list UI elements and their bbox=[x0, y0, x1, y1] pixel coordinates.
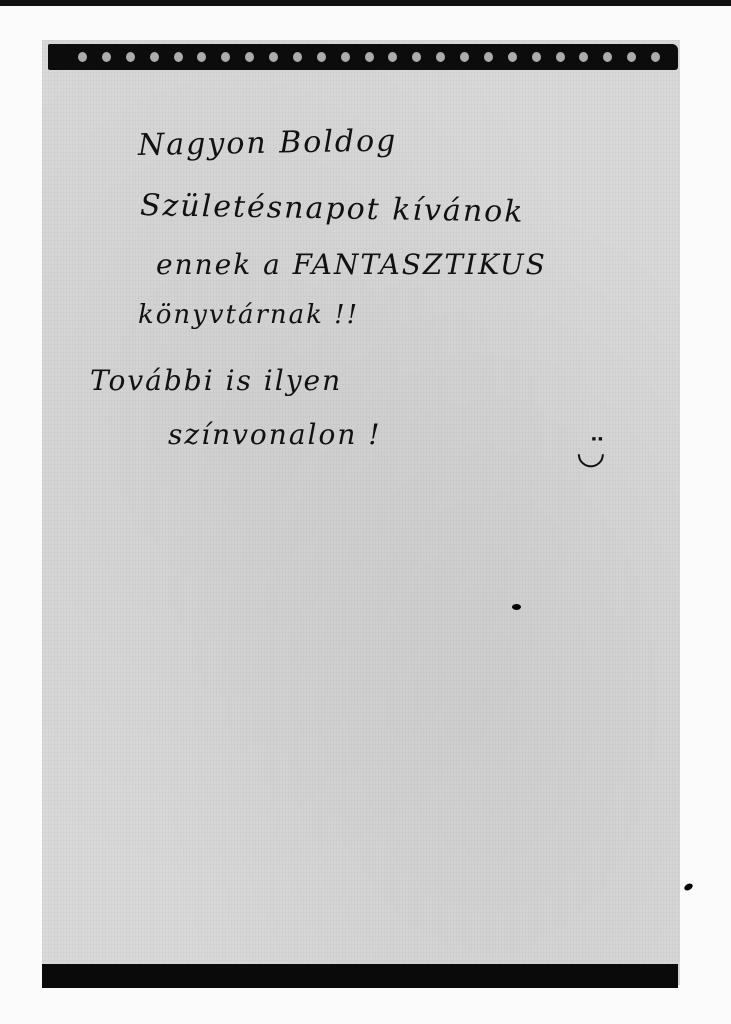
binding-hole bbox=[388, 52, 397, 62]
notepad-page bbox=[42, 40, 680, 985]
handwritten-line: színvonalon ! bbox=[168, 418, 382, 451]
binding-hole bbox=[603, 52, 612, 62]
binding-hole bbox=[436, 52, 445, 62]
binding-hole bbox=[365, 52, 374, 62]
handwritten-line: Nagyon Boldog bbox=[138, 123, 398, 163]
binding-hole bbox=[78, 52, 87, 62]
binding-hole bbox=[412, 52, 421, 62]
notepad-bottom-edge bbox=[42, 964, 678, 988]
binding-hole bbox=[293, 52, 302, 62]
binding-hole bbox=[556, 52, 565, 62]
handwritten-line: könyvtárnak !! bbox=[138, 300, 359, 330]
ink-speck bbox=[512, 604, 521, 610]
ink-speck bbox=[683, 882, 694, 892]
binding-hole bbox=[150, 52, 159, 62]
spiral-binding bbox=[48, 44, 678, 70]
binding-hole bbox=[269, 52, 278, 62]
binding-hole bbox=[341, 52, 350, 62]
binding-hole bbox=[317, 52, 326, 62]
binding-hole bbox=[221, 52, 230, 62]
binding-hole bbox=[484, 52, 493, 62]
binding-hole bbox=[627, 52, 636, 62]
binding-hole bbox=[197, 52, 206, 62]
binding-hole bbox=[102, 52, 111, 62]
handwritten-line: Születésnapot kívánok bbox=[140, 188, 525, 230]
smiley-face-icon: ◡̈ bbox=[576, 432, 606, 472]
handwritten-line: További is ilyen bbox=[90, 364, 342, 397]
binding-hole bbox=[245, 52, 254, 62]
binding-hole bbox=[651, 52, 660, 62]
binding-hole bbox=[508, 52, 517, 62]
binding-hole bbox=[174, 52, 183, 62]
binding-hole bbox=[126, 52, 135, 62]
binding-hole bbox=[532, 52, 541, 62]
handwritten-line: ennek a FANTASZTIKUS bbox=[156, 248, 547, 281]
binding-hole bbox=[579, 52, 588, 62]
scan-top-border bbox=[0, 0, 731, 6]
binding-hole bbox=[460, 52, 469, 62]
